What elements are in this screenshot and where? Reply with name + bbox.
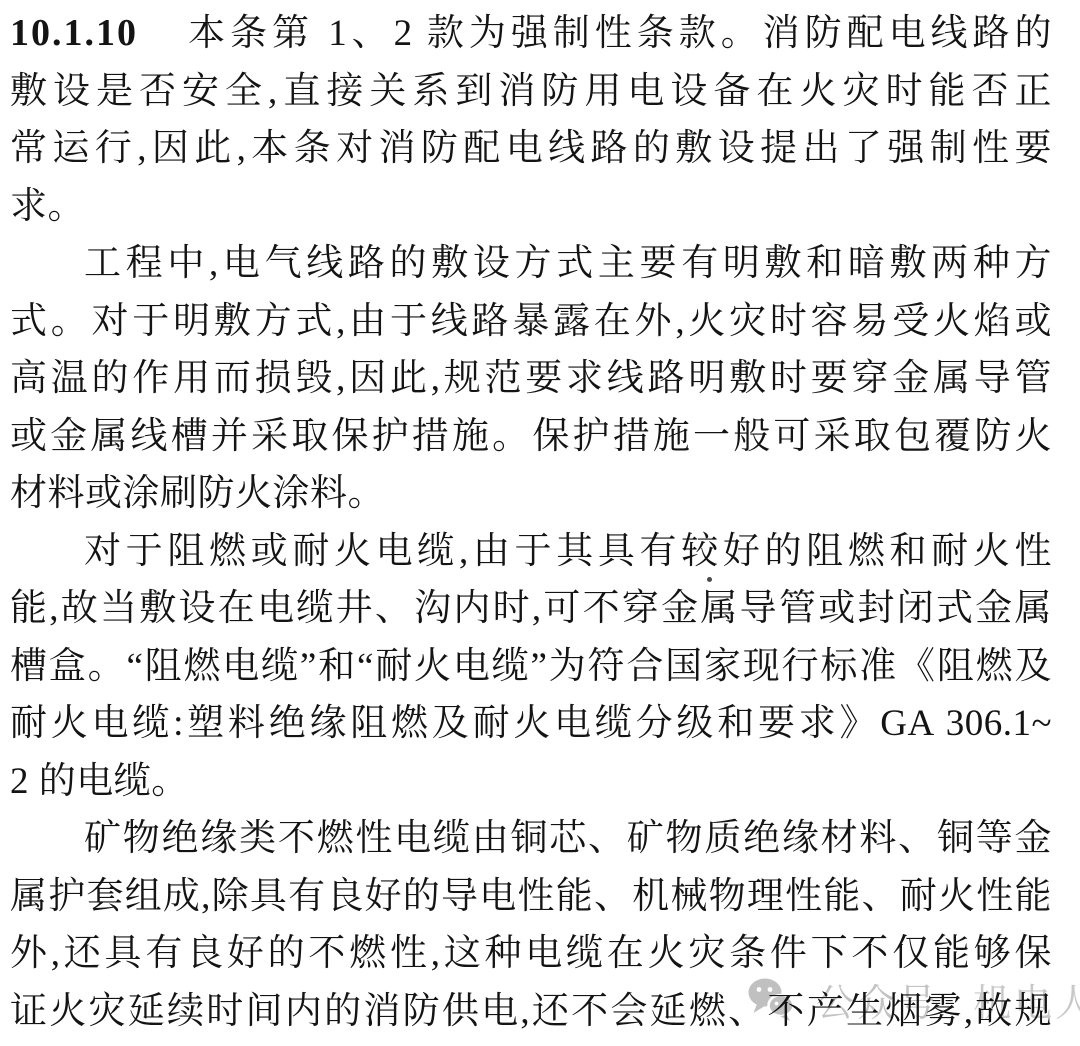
text-line: 10.1.10本条第 1、2 款为强制性条款。消防配电线路的 bbox=[10, 5, 1052, 63]
line-text: 常运行,因此,本条对消防配电线路的敷设提出了强制性要 bbox=[10, 128, 1052, 169]
line-text: 工程中,电气线路的敷设方式主要有明敷和暗敷两种方 bbox=[84, 243, 1052, 284]
text-line: 对于阻燃或耐火电缆,由于其具有较好的阻燃和耐火性 bbox=[10, 523, 1052, 581]
line-text: 材料或涂刷防火涂料。 bbox=[10, 473, 385, 514]
line-text: 或金属线槽并采取保护措施。保护措施一般可采取包覆防火 bbox=[10, 416, 1052, 457]
section-number: 10.1.10 bbox=[10, 12, 138, 54]
line-text: 2 的电缆。 bbox=[10, 761, 189, 802]
line-text: 属护套组成,除具有良好的导电性能、机械物理性能、耐火性能 bbox=[10, 876, 1052, 917]
text-line: 外,还具有良好的不燃性,这种电缆在火灾条件下不仅能够保 bbox=[10, 925, 1052, 983]
document-page: 10.1.10本条第 1、2 款为强制性条款。消防配电线路的 敷设是否安全,直接… bbox=[0, 0, 1080, 1046]
line-text: 式。对于明敷方式,由于线路暴露在外,火灾时容易受火焰或 bbox=[10, 301, 1052, 342]
line-text: 证火灾延续时间内的消防供电,还不会延燃、不产生烟雾,故规 bbox=[10, 991, 1052, 1032]
text-line: 常运行,因此,本条对消防配电线路的敷设提出了强制性要 bbox=[10, 120, 1052, 178]
line-text: 对于阻燃或耐火电缆,由于其具有较好的阻燃和耐火性 bbox=[84, 531, 1052, 572]
text-line: 矿物绝缘类不燃性电缆由铜芯、矿物质绝缘材料、铜等金 bbox=[10, 810, 1052, 868]
text-line: 2 的电缆。 bbox=[10, 753, 1052, 811]
text-line: 或金属线槽并采取保护措施。保护措施一般可采取包覆防火 bbox=[10, 408, 1052, 466]
line-text: 矿物绝缘类不燃性电缆由铜芯、矿物质绝缘材料、铜等金 bbox=[84, 818, 1052, 859]
line-text: 高温的作用而损毁,因此,规范要求线路明敷时要穿金属导管 bbox=[10, 358, 1052, 399]
line-text: 敷设是否安全,直接关系到消防用电设备在火灾时能否正 bbox=[10, 71, 1052, 112]
text-line: 槽盒。“阻燃电缆”和“耐火电缆”为符合国家现行标准《阻燃及 bbox=[10, 638, 1052, 696]
text-line: 能,故当敷设在电缆井、沟内时,可不穿金属导管或封闭式金属 bbox=[10, 580, 1052, 638]
line-text: 能,故当敷设在电缆井、沟内时,可不穿金属导管或封闭式金属 bbox=[10, 588, 1052, 629]
text-line: 式。对于明敷方式,由于线路暴露在外,火灾时容易受火焰或 bbox=[10, 293, 1052, 351]
text-line: 属护套组成,除具有良好的导电性能、机械物理性能、耐火性能 bbox=[10, 868, 1052, 926]
line-text: 耐火电缆:塑料绝缘阻燃及耐火电缆分级和要求》GA 306.1~ bbox=[10, 703, 1052, 744]
body-text: 10.1.10本条第 1、2 款为强制性条款。消防配电线路的 敷设是否安全,直接… bbox=[10, 5, 1052, 1040]
text-line: 耐火电缆:塑料绝缘阻燃及耐火电缆分级和要求》GA 306.1~ bbox=[10, 695, 1052, 753]
line-text: 本条第 1、2 款为强制性条款。消防配电线路的 bbox=[184, 13, 1052, 54]
text-line: 求。 bbox=[10, 178, 1052, 236]
text-line: 材料或涂刷防火涂料。 bbox=[10, 465, 1052, 523]
line-text: 槽盒。“阻燃电缆”和“耐火电缆”为符合国家现行标准《阻燃及 bbox=[10, 646, 1052, 687]
text-line: 工程中,电气线路的敷设方式主要有明敷和暗敷两种方 bbox=[10, 235, 1052, 293]
line-text: 外,还具有良好的不燃性,这种电缆在火灾条件下不仅能够保 bbox=[10, 933, 1052, 974]
text-line: 证火灾延续时间内的消防供电,还不会延燃、不产生烟雾,故规 bbox=[10, 983, 1052, 1041]
line-text: 求。 bbox=[10, 186, 85, 227]
text-line: 高温的作用而损毁,因此,规范要求线路明敷时要穿金属导管 bbox=[10, 350, 1052, 408]
text-line: 敷设是否安全,直接关系到消防用电设备在火灾时能否正 bbox=[10, 63, 1052, 121]
